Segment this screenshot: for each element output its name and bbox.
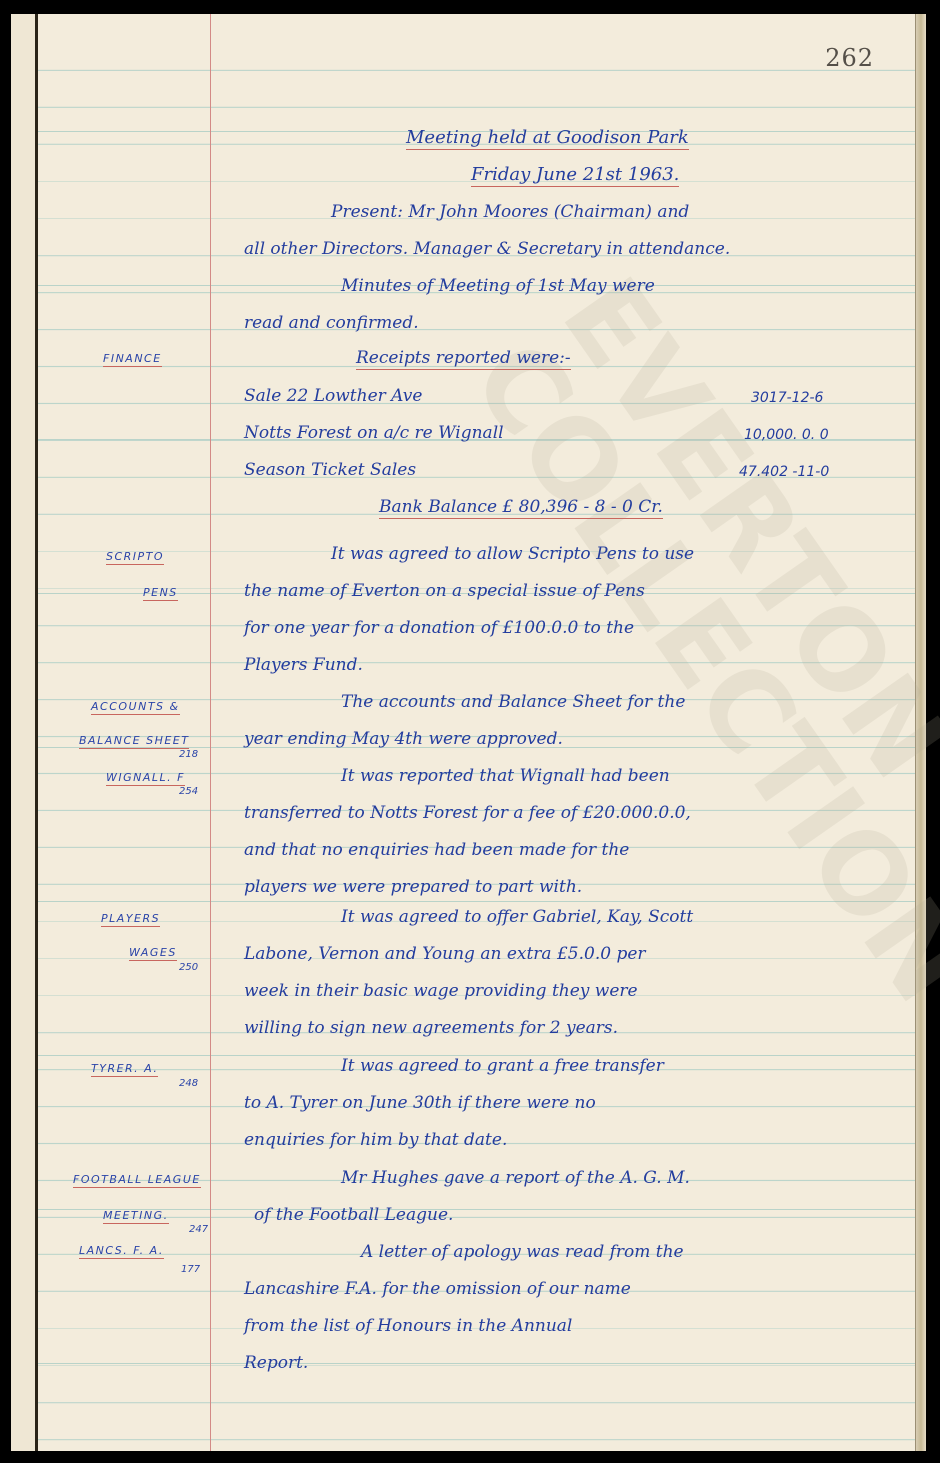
receipts-heading: Receipts reported were:- <box>356 348 571 370</box>
paragraph-line: willing to sign new agreements for 2 yea… <box>244 1018 618 1038</box>
paragraph-line: A letter of apology was read from the <box>361 1242 684 1262</box>
paragraph-line: It was reported that Wignall had been <box>341 766 670 786</box>
meeting-heading: Meeting held at Goodison Park <box>406 127 689 150</box>
margin-heading: FINANCE <box>103 352 162 367</box>
paragraph-line: week in their basic wage providing they … <box>244 981 638 1001</box>
receipt-label: Sale 22 Lowther Ave <box>244 386 422 406</box>
paragraph-line: Lancashire F.A. for the omission of our … <box>244 1279 631 1299</box>
receipt-label: Notts Forest on a/c re Wignall <box>244 423 504 443</box>
paragraph-line: to A. Tyrer on June 30th if there were n… <box>244 1093 596 1113</box>
margin-heading: WIGNALL. F <box>106 771 185 786</box>
minutes-cont: read and confirmed. <box>244 313 419 333</box>
margin-heading: TYRER. A. <box>91 1062 158 1077</box>
margin-ref: 218 <box>179 749 198 760</box>
ledger-page: EVERTON COLLECTION 262 Meeting held at G… <box>11 14 926 1451</box>
margin-ref: 247 <box>189 1224 208 1235</box>
page-number: 262 <box>825 44 874 72</box>
paragraph-line: It was agreed to grant a free transfer <box>341 1056 664 1076</box>
margin-ref: 250 <box>179 962 198 973</box>
margin-heading: MEETING. <box>103 1209 169 1224</box>
paragraph-line: players we were prepared to part with. <box>244 877 582 897</box>
paragraph-line: transferred to Notts Forest for a fee of… <box>244 803 691 823</box>
margin-rule <box>210 14 211 1451</box>
present-line: Present: Mr John Moores (Chairman) and <box>331 202 689 222</box>
paragraph-line: the name of Everton on a special issue o… <box>244 581 645 601</box>
paragraph-line: for one year for a donation of £100.0.0 … <box>244 618 634 638</box>
receipt-label: Season Ticket Sales <box>244 460 416 480</box>
receipt-amount: 3017-12-6 <box>751 390 823 406</box>
paragraph-line: Labone, Vernon and Young an extra £5.0.0… <box>244 944 646 964</box>
paragraph-line: Mr Hughes gave a report of the A. G. M. <box>341 1168 690 1188</box>
binding-edge <box>11 14 38 1451</box>
paragraph-line: Report. <box>244 1353 308 1373</box>
margin-heading: BALANCE SHEET <box>79 734 189 749</box>
paragraph-line: It was agreed to allow Scripto Pens to u… <box>331 544 694 564</box>
paragraph-line: year ending May 4th were approved. <box>244 729 563 749</box>
paragraph-line: enquiries for him by that date. <box>244 1130 507 1150</box>
present-cont: all other Directors. Manager & Secretary… <box>244 239 730 259</box>
margin-heading: PENS <box>143 586 178 601</box>
margin-ref: 248 <box>179 1078 198 1089</box>
margin-heading: FOOTBALL LEAGUE <box>73 1173 201 1188</box>
minutes-line: Minutes of Meeting of 1st May were <box>341 276 655 296</box>
margin-heading: LANCS. F. A. <box>79 1244 164 1259</box>
paragraph-line: from the list of Honours in the Annual <box>244 1316 572 1336</box>
paragraph-line: and that no enquiries had been made for … <box>244 840 629 860</box>
margin-heading: ACCOUNTS & <box>91 700 180 715</box>
margin-heading: WAGES <box>129 946 177 961</box>
margin-heading: PLAYERS <box>101 912 160 927</box>
paragraph-line: It was agreed to offer Gabriel, Kay, Sco… <box>341 907 693 927</box>
receipt-amount: 10,000. 0. 0 <box>744 427 829 443</box>
page-edge <box>915 14 926 1451</box>
bank-balance: Bank Balance £ 80,396 - 8 - 0 Cr. <box>379 497 663 519</box>
paragraph-line: Players Fund. <box>244 655 363 675</box>
paragraph-line: of the Football League. <box>254 1205 453 1225</box>
margin-ref: 177 <box>181 1264 200 1275</box>
margin-heading: SCRIPTO <box>106 550 164 565</box>
meeting-date: Friday June 21st 1963. <box>471 164 679 187</box>
receipt-amount: 47.402 -11-0 <box>739 464 829 480</box>
margin-ref: 254 <box>179 786 198 797</box>
paragraph-line: The accounts and Balance Sheet for the <box>341 692 685 712</box>
